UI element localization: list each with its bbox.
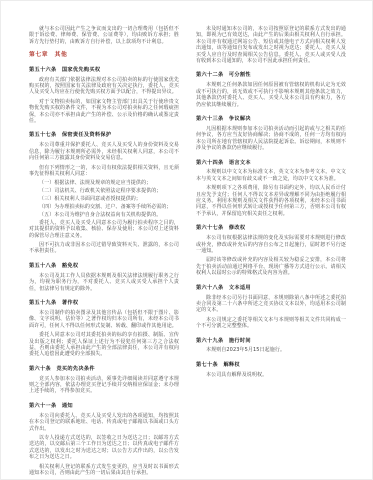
body-paragraph: 本公司及其工作人员依据本规则及相关法律法规履行职务之行为，均视为职务行为，不对委…: [29, 273, 179, 292]
body-paragraph: 凡因根据本规则参加本公司拍卖活动而引起的或与之相关的任何争议，各方应当友好协商解…: [196, 126, 346, 152]
body-paragraph: 届时该等修改或补充的内容及相关较为稳妥之安排，本公司将先于拍卖活动前通过网络平台…: [196, 257, 346, 276]
body-paragraph: 本公司制作的拍卖图录及其他宣传品（包括但不限于图片、影像、文字说明、估价等）之著…: [29, 310, 179, 329]
left-column: 就与本公司因此产生之争议而支出的一切合理费用（包括但不限于诉讼费、律师费、保管费…: [29, 26, 179, 479]
body-paragraph: 未及时通知本公司的，本公司按照原登记的联系方式发出的通知，即视为已有效送达，由此…: [196, 26, 346, 64]
article-heading: 第六十九条 施行时间: [196, 338, 346, 344]
article-heading: 第五十七条 保密责任及资料保护: [29, 132, 179, 138]
body-paragraph: 本规则自2023年5月15日起施行。: [196, 347, 346, 353]
body-paragraph: 竞买人参加本公司拍卖活动，须事先详细阅读并同意遵守本规则之全部内容，依法办理竞买…: [29, 376, 179, 395]
two-column-layout: 就与本公司因此产生之争议而支出的一切合理费用（包括但不限于诉讼费、律师费、保管费…: [29, 26, 346, 479]
right-column: 未及时通知本公司的，本公司按照原登记的联系方式发出的通知，即视为已有效送达，由此…: [196, 26, 346, 479]
body-paragraph: 本公司具有解释及说明权。: [196, 372, 346, 378]
body-paragraph: 本公司有权根据法律法规的变化及实际需要对本规则进行修改或补充，修改或补充后的内容…: [196, 235, 346, 254]
article-heading: 第五十九条 著作权: [29, 300, 179, 306]
article-heading: 第六十二条 可分割性: [196, 72, 346, 78]
chapter-heading: 第七章 其他: [29, 52, 179, 58]
body-paragraph: 本规则之任何条款如因任何原因被有管辖权的机构认定为无效或不可执行的，该无效或不可…: [196, 82, 346, 108]
article-heading: 第六十一条 通知: [29, 403, 179, 409]
article-heading: 第六十八条 文本适用: [196, 285, 346, 291]
article-heading: 第六十条 竞买的先决条件: [29, 366, 179, 372]
list-item: （二）司法机关、行政机关依照法定程序要求提供的；: [29, 188, 179, 194]
body-paragraph: 除非经本公司另行书面同意，本规则除第八条中所述之委托拍卖合同及第二十六条中所述之…: [196, 295, 346, 314]
article-heading: 第六十三条 争议解决: [196, 116, 346, 122]
body-paragraph: 本规则以中文文本为标准文本，英文文本为参考文本。中文文本与英文文本之间如有歧义或…: [196, 169, 346, 182]
article-heading: 第六十四条 语言文本: [196, 160, 346, 166]
body-paragraph: 相关权利人登记的联系方式发生变更的，应当及时以书面形式通知本公司，否则由此产生的…: [29, 464, 179, 477]
body-paragraph: 本规则项下之各项费用，除另有书面约定外，均以人民币计付且应先予支付；任何人不得以…: [196, 185, 346, 217]
article-heading: 第五十六条 国家优先购买权: [29, 67, 179, 73]
body-paragraph: 委托人、竞买人及买受人同意本公司为履行拍卖程序之目的，对其提供的资料予以收集、核…: [29, 220, 179, 239]
list-item: （三）相关权利人书面同意或者授权提供的；: [29, 196, 179, 202]
list-item: （五）本公司为维护自身合法权益向有关机构提供的。: [29, 212, 179, 218]
body-paragraph: 委托人同意本公司对其委托拍卖的标的享有拍摄、制版、宣传及出版之权利；委托人保证上…: [29, 332, 179, 358]
body-paragraph: 本公司向委托人、竞买人及买受人发出的各项通知，均按照其在本公司登记的联系地址、电…: [29, 413, 179, 432]
body-paragraph: 政府有关部门依据法律法规对本公司拍卖的标的行使国家优先购买权的，按照国家有关法律…: [29, 77, 179, 96]
body-paragraph: 本公司规定之委托等相关文本与本规则等相关文件共同构成一个不可分割之完整整体。: [196, 317, 346, 330]
article-heading: 第五十八条 豁免权: [29, 263, 179, 269]
body-paragraph: 本公司尊重并保护委托人、竞买人及买受人的身份资料及交易信息，除为履行本规则所必需…: [29, 142, 179, 161]
body-paragraph: 以专人投递方式送达的，以签收之日为送达之日；以邮寄方式送达的，以交邮后第三个工作…: [29, 435, 179, 461]
body-paragraph: 对于文物拍卖标的，如国家文物主管部门出具关于行使珍贵文物优先购买权的条件文件，不…: [29, 99, 179, 125]
body-paragraph: 就与本公司因此产生之争议而支出的一切合理费用（包括但不限于诉讼费、律师费、保管费…: [29, 26, 179, 45]
article-heading: 第七十条 解释权: [196, 362, 346, 368]
body-paragraph: 因不可抗力或非因本公司过错导致资料灭失、泄露的，本公司不承担责任。: [29, 242, 179, 255]
article-heading: 第六十七条 修改权: [196, 225, 346, 231]
list-item: （四）为办理拍卖标的交割、过户、备案等手续所必需的；: [29, 204, 179, 210]
list-item: （一）根据法律、法规及规章的规定应当提供的；: [29, 180, 179, 186]
body-paragraph: 但有下列情形之一的，本公司有权依法提供相关资料，且无须事先征得相关权利人同意：: [29, 165, 179, 178]
document-page: 就与本公司因此产生之争议而支出的一切合理费用（包括但不限于诉讼费、律师费、保管费…: [0, 0, 373, 480]
